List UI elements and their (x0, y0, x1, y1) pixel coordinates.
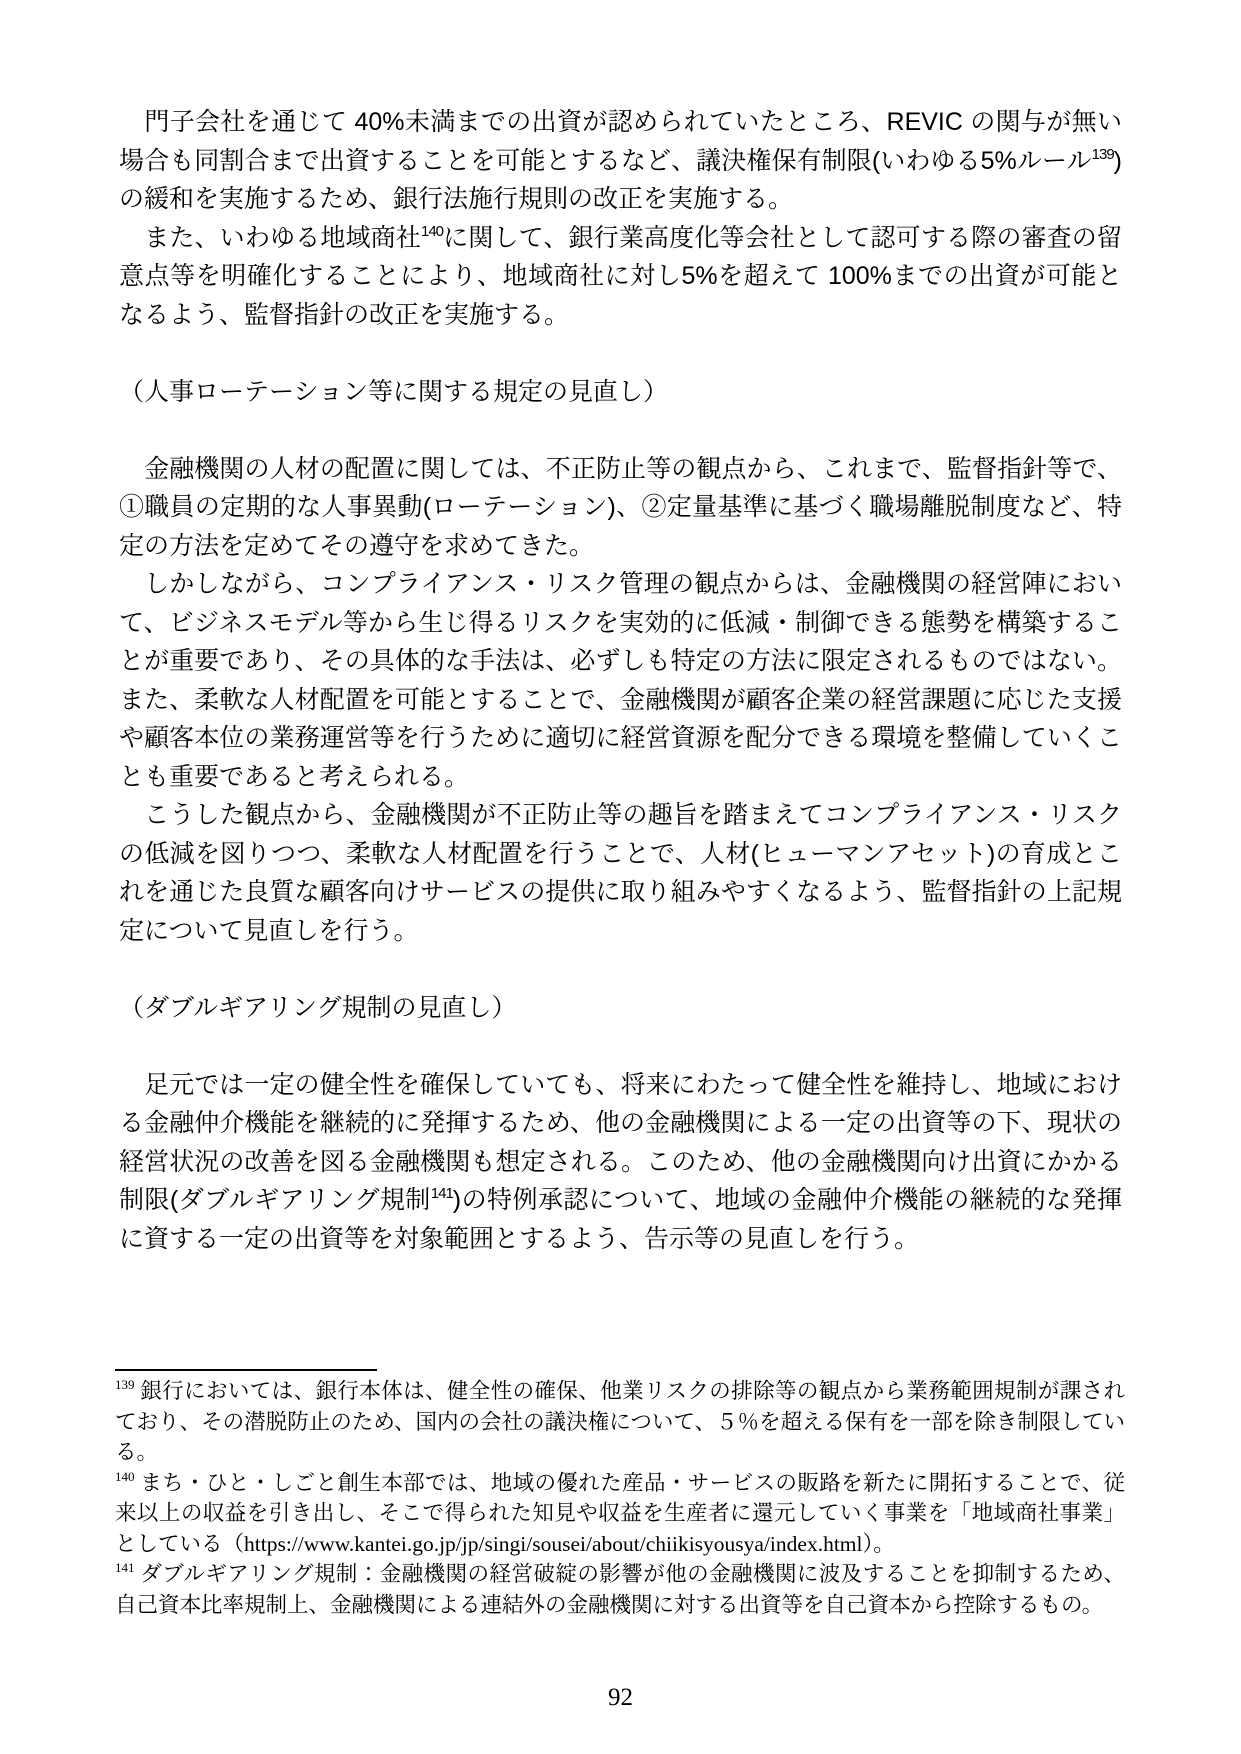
section-heading: （ダブルギアリング規制の見直し） (119, 989, 1122, 1028)
body-paragraph: こうした観点から、金融機関が不正防止等の趣旨を踏まえてコンプライアンス・リスクの… (119, 796, 1122, 950)
footnote: 141 ダブルギアリング規制：金融機関の経営破綻の影響が他の金融機関に波及するこ… (115, 1559, 1125, 1620)
document-page: 門子会社を通じて 40%未満までの出資が認められていたところ、REVIC の関与… (0, 0, 1241, 1754)
body-paragraph: また、いわゆる地域商社140に関して、銀行業高度化等会社として認可する際の審査の… (119, 219, 1122, 335)
footnote-list: 139 銀行においては、銀行本体は、健全性の確保、他業リスクの排除等の観点から業… (115, 1376, 1125, 1620)
footnote-number: 141 (115, 1560, 135, 1575)
footnote: 139 銀行においては、銀行本体は、健全性の確保、他業リスクの排除等の観点から業… (115, 1376, 1125, 1468)
body-paragraph: 金融機関の人材の配置に関しては、不正防止等の観点から、これまで、監督指針等で、①… (119, 450, 1122, 566)
footnote-separator (115, 1369, 377, 1371)
page-number: 92 (0, 1683, 1241, 1713)
body-paragraph: しかしながら、コンプライアンス・リスク管理の観点からは、金融機関の経営陣において… (119, 565, 1122, 796)
footnote-reference: 141 (431, 1185, 453, 1202)
section-heading: （人事ローテーション等に関する規定の見直し） (119, 373, 1122, 412)
footnote-area: 139 銀行においては、銀行本体は、健全性の確保、他業リスクの排除等の観点から業… (115, 1369, 1125, 1620)
footnote-reference: 139 (1092, 146, 1114, 163)
body-paragraph: 門子会社を通じて 40%未満までの出資が認められていたところ、REVIC の関与… (119, 103, 1122, 219)
document-body: 門子会社を通じて 40%未満までの出資が認められていたところ、REVIC の関与… (119, 103, 1122, 1258)
footnote: 140 まち・ひと・しごと創生本部では、地域の優れた産品・サービスの販路を新たに… (115, 1468, 1125, 1560)
footnote-number: 139 (115, 1377, 135, 1392)
footnote-reference: 140 (421, 223, 443, 240)
footnote-number: 140 (115, 1469, 135, 1484)
body-paragraph: 足元では一定の健全性を確保していても、将来にわたって健全性を維持し、地域における… (119, 1066, 1122, 1259)
